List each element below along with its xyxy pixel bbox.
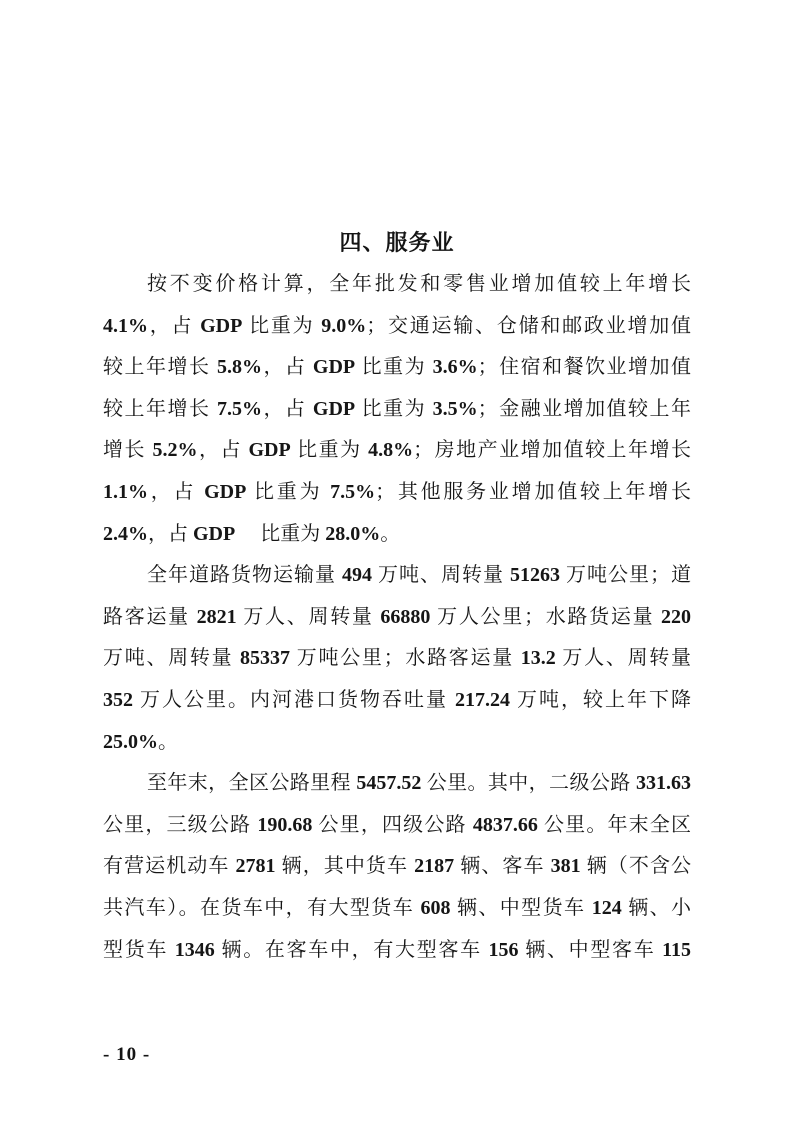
text-line: 4.1%，占 GDP 比重为 9.0%；交通运输、仓储和邮政业增加值 xyxy=(103,306,691,348)
text-run: 辆、客车 xyxy=(454,855,550,877)
bold-value: GDP xyxy=(248,439,290,461)
text-run: ，占 xyxy=(148,523,193,545)
bold-value: 4.1% xyxy=(103,315,148,337)
bold-value: 381 xyxy=(551,855,581,877)
text-line: 较上年增长 7.5%，占 GDP 比重为 3.5%；金融业增加值较上年 xyxy=(103,389,691,431)
text-run: 比重为 xyxy=(291,439,368,461)
text-run: 辆，其中货车 xyxy=(276,855,415,877)
bold-value: 2781 xyxy=(236,855,276,877)
text-run: ，占 xyxy=(262,356,313,378)
text-run: 辆、中型客车 xyxy=(519,939,663,961)
page-number: - 10 - xyxy=(103,1044,150,1066)
bold-value: GDP xyxy=(313,356,355,378)
text-run: 共汽车）。在货车中，有大型货车 xyxy=(103,897,421,919)
text-run: ，占 xyxy=(148,315,200,337)
bold-value: 5.2% xyxy=(152,439,197,461)
bold-value: 5.8% xyxy=(217,356,262,378)
text-line: 至年末，全区公路里程 5457.52 公里。其中，二级公路 331.63 xyxy=(103,763,691,805)
text-run: 辆、小 xyxy=(622,897,691,919)
text-run: 比重为 xyxy=(242,315,321,337)
bold-value: 124 xyxy=(592,897,622,919)
text-line: 352 万人公里。内河港口货物吞吐量 217.24 万吨，较上年下降 xyxy=(103,680,691,722)
text-run: 比重为 xyxy=(355,356,432,378)
text-run: 万吨公里；水路客运量 xyxy=(290,647,521,669)
text-run: 比重为 xyxy=(235,523,325,545)
text-run: ；交通运输、仓储和邮政业增加值 xyxy=(366,315,691,337)
bold-value: 2821 xyxy=(197,606,237,628)
bold-value: 28.0% xyxy=(325,523,380,545)
bold-value: 494 xyxy=(342,564,372,586)
text-run: 万吨公里；道 xyxy=(560,564,691,586)
bold-value: 5457.52 xyxy=(356,772,421,794)
text-line: 2.4%，占 GDP 比重为 28.0%。 xyxy=(103,514,691,556)
bold-value: 352 xyxy=(103,689,133,711)
bold-value: GDP xyxy=(200,315,242,337)
bold-value: 3.6% xyxy=(433,356,478,378)
text-run: 万人、周转量 xyxy=(556,647,691,669)
paragraph: 全年道路货物运输量 494 万吨、周转量 51263 万吨公里；道路客运量 28… xyxy=(103,555,691,763)
text-line: 型货车 1346 辆。在客车中，有大型客车 156 辆、中型客车 115 xyxy=(103,930,691,972)
text-line: 25.0%。 xyxy=(103,722,691,764)
bold-value: 156 xyxy=(489,939,519,961)
text-run: 公里，三级公路 xyxy=(103,814,257,836)
text-run: ，占 xyxy=(197,439,248,461)
text-run: 较上年增长 xyxy=(103,398,217,420)
bold-value: 115 xyxy=(662,939,691,961)
bold-value: 1.1% xyxy=(103,481,148,503)
text-run: 辆、中型货车 xyxy=(451,897,592,919)
bold-value: 4.8% xyxy=(368,439,413,461)
bold-value: 608 xyxy=(421,897,451,919)
bold-value: 66880 xyxy=(380,606,430,628)
text-run: 增长 xyxy=(103,439,152,461)
bold-value: 7.5% xyxy=(217,398,262,420)
bold-value: GDP xyxy=(204,481,246,503)
text-line: 公里，三级公路 190.68 公里，四级公路 4837.66 公里。年末全区 xyxy=(103,805,691,847)
bold-value: 7.5% xyxy=(330,481,375,503)
text-line: 较上年增长 5.8%，占 GDP 比重为 3.6%；住宿和餐饮业增加值 xyxy=(103,347,691,389)
bold-value: 190.68 xyxy=(257,814,312,836)
section-title: 四、服务业 xyxy=(0,226,794,257)
paragraph: 至年末，全区公路里程 5457.52 公里。其中，二级公路 331.63公里，三… xyxy=(103,763,691,971)
text-run: 有营运机动车 xyxy=(103,855,236,877)
text-run: ，占 xyxy=(262,398,313,420)
text-line: 按不变价格计算，全年批发和零售业增加值较上年增长 xyxy=(103,264,691,306)
text-run: 公里，四级公路 xyxy=(312,814,473,836)
bold-value: 1346 xyxy=(175,939,215,961)
text-run: 万人公里；水路货运量 xyxy=(430,606,661,628)
text-run: 公里。其中，二级公路 xyxy=(421,772,636,794)
text-run: 型货车 xyxy=(103,939,175,961)
text-run: 。 xyxy=(380,523,400,545)
text-run: 万吨、周转量 xyxy=(103,647,240,669)
text-run: 比重为 xyxy=(355,398,432,420)
text-run: 辆。在客车中，有大型客车 xyxy=(215,939,489,961)
text-run: 。 xyxy=(158,731,178,753)
bold-value: 3.5% xyxy=(433,398,478,420)
document-page: 四、服务业 按不变价格计算，全年批发和零售业增加值较上年增长4.1%，占 GDP… xyxy=(0,0,794,1123)
bold-value: 220 xyxy=(661,606,691,628)
bold-value: GDP xyxy=(313,398,355,420)
bold-value: 51263 xyxy=(510,564,560,586)
bold-value: 85337 xyxy=(240,647,290,669)
text-line: 万吨、周转量 85337 万吨公里；水路客运量 13.2 万人、周转量 xyxy=(103,638,691,680)
text-run: ；其他服务业增加值较上年增长 xyxy=(375,481,691,503)
text-run: 路客运量 xyxy=(103,606,197,628)
text-run: 万吨、周转量 xyxy=(372,564,510,586)
bold-value: 2187 xyxy=(414,855,454,877)
bold-value: 4837.66 xyxy=(473,814,538,836)
text-line: 全年道路货物运输量 494 万吨、周转量 51263 万吨公里；道 xyxy=(103,555,691,597)
text-run: 万人公里。内河港口货物吞吐量 xyxy=(133,689,455,711)
text-line: 有营运机动车 2781 辆，其中货车 2187 辆、客车 381 辆（不含公 xyxy=(103,846,691,888)
text-run: 至年末，全区公路里程 xyxy=(147,772,356,794)
text-run: 万吨，较上年下降 xyxy=(510,689,691,711)
bold-value: 25.0% xyxy=(103,731,158,753)
text-run: 比重为 xyxy=(246,481,330,503)
bold-value: 331.63 xyxy=(636,772,691,794)
paragraph: 按不变价格计算，全年批发和零售业增加值较上年增长4.1%，占 GDP 比重为 9… xyxy=(103,264,691,555)
body-text: 按不变价格计算，全年批发和零售业增加值较上年增长4.1%，占 GDP 比重为 9… xyxy=(103,264,691,971)
bold-value: 9.0% xyxy=(321,315,366,337)
text-run: 辆（不含公 xyxy=(581,855,691,877)
text-run: 全年道路货物运输量 xyxy=(147,564,342,586)
text-line: 1.1%，占 GDP 比重为 7.5%；其他服务业增加值较上年增长 xyxy=(103,472,691,514)
text-run: ；住宿和餐饮业增加值 xyxy=(478,356,691,378)
text-run: 万人、周转量 xyxy=(237,606,381,628)
text-run: ；金融业增加值较上年 xyxy=(478,398,691,420)
text-run: 较上年增长 xyxy=(103,356,217,378)
text-line: 共汽车）。在货车中，有大型货车 608 辆、中型货车 124 辆、小 xyxy=(103,888,691,930)
text-line: 增长 5.2%，占 GDP 比重为 4.8%；房地产业增加值较上年增长 xyxy=(103,430,691,472)
bold-value: 217.24 xyxy=(455,689,510,711)
bold-value: GDP xyxy=(193,523,235,545)
text-run: 按不变价格计算，全年批发和零售业增加值较上年增长 xyxy=(147,273,691,295)
bold-value: 2.4% xyxy=(103,523,148,545)
text-run: ；房地产业增加值较上年增长 xyxy=(413,439,691,461)
bold-value: 13.2 xyxy=(521,647,556,669)
text-line: 路客运量 2821 万人、周转量 66880 万人公里；水路货运量 220 xyxy=(103,597,691,639)
text-run: ，占 xyxy=(148,481,204,503)
text-run: 公里。年末全区 xyxy=(538,814,691,836)
